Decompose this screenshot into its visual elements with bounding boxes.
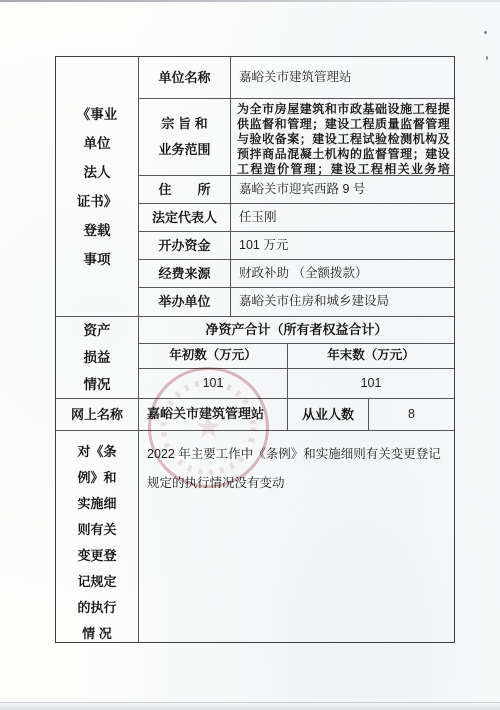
scan-edge-top	[0, 0, 500, 2]
field-value-opening-capital: 101 万元	[231, 232, 454, 260]
field-label-unit-name: 单位名称	[139, 57, 231, 99]
field-label-opening-capital: 开办资金	[139, 232, 231, 260]
year-start-value: 101	[139, 369, 288, 399]
staff-count-value: 8	[369, 399, 454, 431]
online-name-label: 网上名称	[56, 399, 139, 431]
field-value-funding-source: 财政补助 （全额拨款）	[231, 260, 454, 288]
field-value-legal-representative: 任玉刚	[231, 204, 454, 232]
year-start-label: 年初数（万元）	[139, 344, 288, 369]
field-value-purpose-scope: 为全市房屋建筑和市政基础设施工程提供监督和管理；建设工程质量监督管理与验收备案；…	[231, 99, 454, 176]
section-label-regulation-compliance: 对《条 例》和 实施细 则有关 变更登 记规定 的执行 情 况	[56, 431, 139, 642]
year-end-label: 年末数（万元）	[288, 344, 454, 369]
regulation-compliance-text: 2022 年主要工作中《条例》和实施细则有关变更登记规定的执行情况没有变动	[139, 431, 454, 642]
field-value-unit-name: 嘉峪关市建筑管理站	[231, 57, 454, 99]
field-label-legal-representative: 法定代表人	[139, 204, 231, 232]
scan-speck	[484, 31, 487, 34]
section-label-assets: 资产 损益 情况	[56, 317, 139, 399]
field-label-funding-source: 经费来源	[139, 260, 231, 288]
field-label-purpose-scope: 宗 旨 和 业务范围	[139, 99, 231, 176]
field-value-address: 嘉峪关市迎宾西路 9 号	[231, 176, 454, 204]
staff-count-label: 从业人数	[288, 399, 369, 431]
year-end-value: 101	[288, 369, 454, 399]
scanned-document-page: 《事业 单位 法人 证书》 登载 事项 单位名称 嘉峪关市建筑管理站 宗 旨 和…	[0, 0, 500, 710]
scan-edge-bottom	[0, 702, 500, 710]
section-label-certificate-items: 《事业 单位 法人 证书》 登载 事项	[56, 57, 139, 317]
field-label-address: 住 所	[139, 176, 231, 204]
net-assets-header: 净资产合计（所有者权益合计）	[139, 317, 454, 344]
certificate-table: 《事业 单位 法人 证书》 登载 事项 单位名称 嘉峪关市建筑管理站 宗 旨 和…	[55, 56, 455, 643]
scan-speck	[486, 56, 488, 60]
online-name-value: 嘉峪关市建筑管理站	[139, 399, 288, 431]
field-value-sponsor-unit: 嘉峪关市住房和城乡建设局	[231, 288, 454, 317]
field-label-sponsor-unit: 举办单位	[139, 288, 231, 317]
